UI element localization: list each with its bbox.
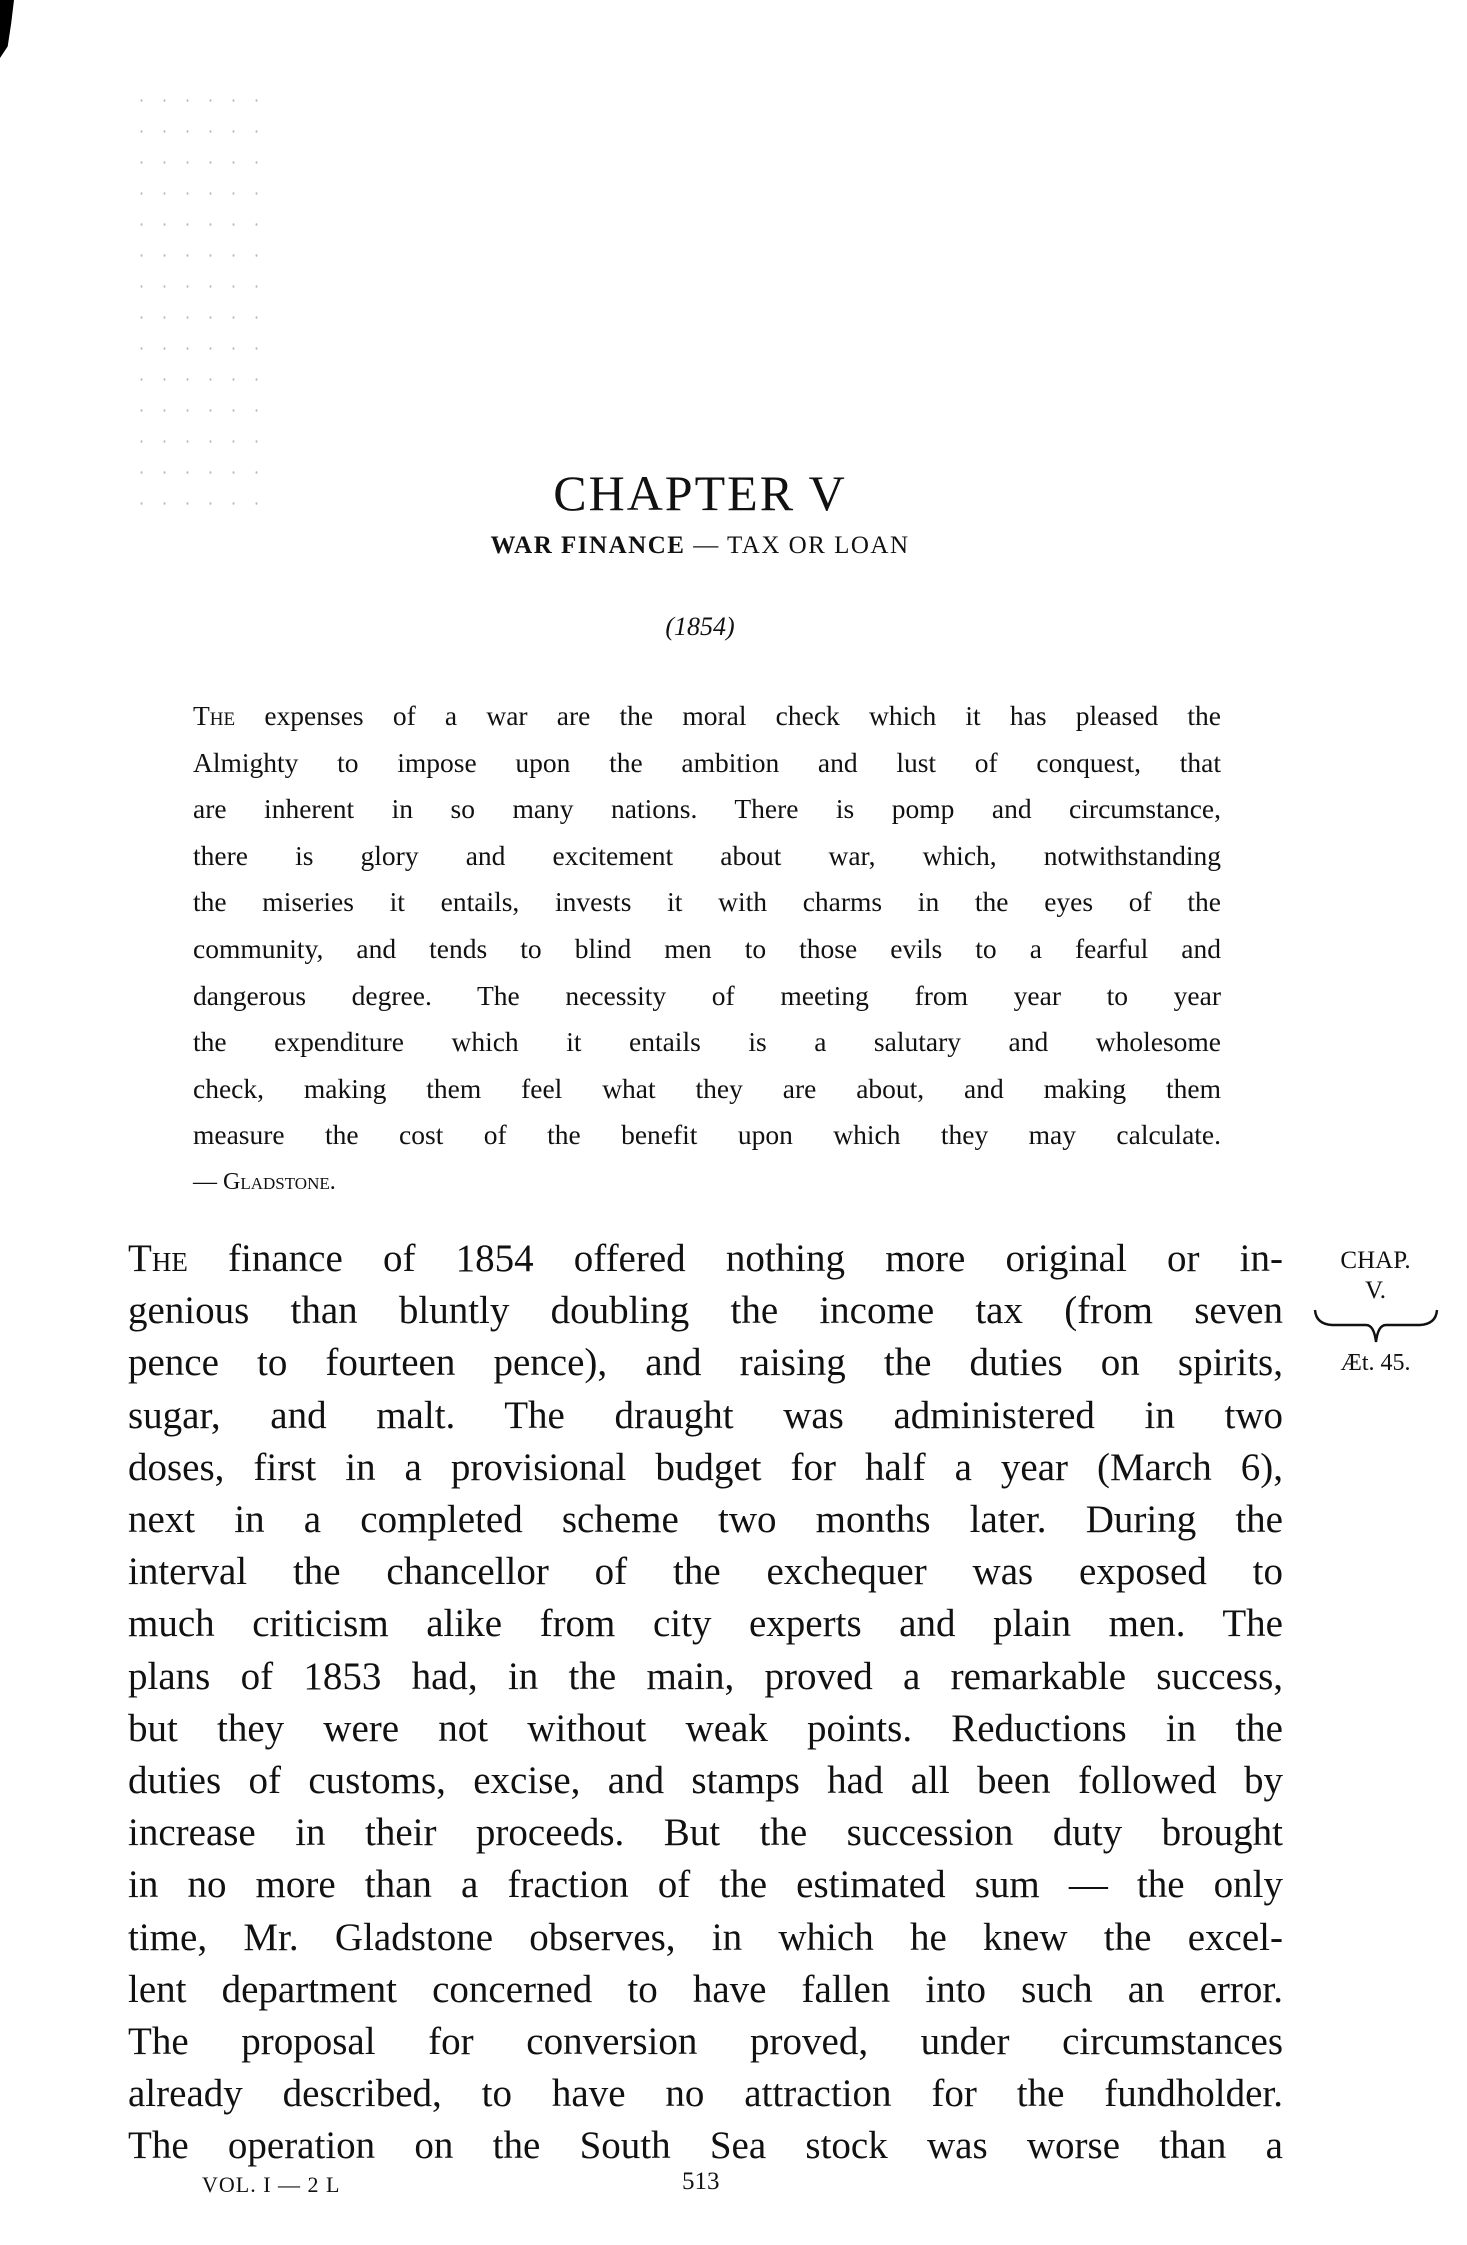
body-line: next in a completed scheme two months la… <box>128 1494 1283 1546</box>
scan-edge-artifact <box>0 0 14 58</box>
body-line: plans of 1853 had, in the main, proved a… <box>128 1651 1283 1703</box>
epigraph-line: are inherent in so many nations. There i… <box>193 786 1221 833</box>
body-line: The finance of 1854 offered nothing more… <box>128 1233 1283 1285</box>
subtitle-part2-text: TAX OR LOAN <box>727 532 910 559</box>
body-lead-word: The <box>128 1237 188 1280</box>
epigraph-quote: The expenses of a war are the moral chec… <box>193 693 1221 1206</box>
body-line: in no more than a fraction of the estima… <box>128 1859 1283 1911</box>
epigraph-line: community, and tends to blind men to tho… <box>193 926 1221 973</box>
page-number: 513 <box>682 2168 720 2196</box>
body-line: increase in their proceeds. But the succ… <box>128 1807 1283 1859</box>
body-line: interval the chancellor of the exchequer… <box>128 1546 1283 1598</box>
scan-noise-artifact <box>130 85 270 505</box>
margin-chap-number: V. <box>1303 1276 1448 1306</box>
body-line: sugar, and malt. The draught was adminis… <box>128 1390 1283 1442</box>
epigraph-line-text: expenses of a war are the moral check wh… <box>235 700 1221 731</box>
margin-note: CHAP. V. Æt. 45. <box>1303 1246 1448 1378</box>
body-line: The operation on the South Sea stock was… <box>128 2120 1283 2172</box>
epigraph-line: dangerous degree. The necessity of meeti… <box>193 973 1221 1020</box>
body-paragraph: The finance of 1854 offered nothing more… <box>128 1233 1283 2173</box>
chapter-title: CHAPTER V <box>0 464 1400 522</box>
epigraph-line: there is glory and excitement about war,… <box>193 833 1221 880</box>
body-line: doses, first in a provisional budget for… <box>128 1442 1283 1494</box>
subtitle-dash: — <box>685 532 727 559</box>
epigraph-line: measure the cost of the benefit upon whi… <box>193 1112 1221 1159</box>
body-line: time, Mr. Gladstone observes, in which h… <box>128 1912 1283 1964</box>
epigraph-line: the miseries it entails, invests it with… <box>193 879 1221 926</box>
subtitle-part-tax-or-loan: TAX OR LOAN <box>727 532 910 559</box>
body-line: duties of customs, excise, and stamps ha… <box>128 1755 1283 1807</box>
chapter-year: (1854) <box>0 612 1400 642</box>
body-line: The proposal for conversion proved, unde… <box>128 2016 1283 2068</box>
body-line: genious than bluntly doubling the income… <box>128 1285 1283 1337</box>
subtitle-part-war-finance: WAR FINANCE <box>490 532 685 559</box>
margin-age-label: Æt. 45. <box>1303 1348 1448 1378</box>
body-line: but they were not without weak points. R… <box>128 1703 1283 1755</box>
epigraph-lead-word: The <box>193 700 235 731</box>
body-line-text: finance of 1854 offered nothing more ori… <box>188 1237 1283 1280</box>
epigraph-line: Almighty to impose upon the ambition and… <box>193 740 1221 787</box>
epigraph-line: The expenses of a war are the moral chec… <box>193 693 1221 740</box>
body-line: much criticism alike from city experts a… <box>128 1598 1283 1650</box>
chapter-subtitle: WAR FINANCE — TAX OR LOAN <box>0 532 1400 560</box>
footer-signature: VOL. I — 2 L <box>202 2172 340 2198</box>
body-line: already described, to have no attraction… <box>128 2068 1283 2120</box>
epigraph-line: the expenditure which it entails is a sa… <box>193 1019 1221 1066</box>
curly-brace-icon <box>1312 1308 1440 1344</box>
body-line: pence to fourteen pence), and raising th… <box>128 1337 1283 1389</box>
epigraph-attribution: — Gladstone. <box>193 1159 1221 1206</box>
document-page: CHAPTER V WAR FINANCE — TAX OR LOAN (185… <box>0 0 1467 2245</box>
epigraph-line: check, making them feel what they are ab… <box>193 1066 1221 1113</box>
margin-chap-label: CHAP. <box>1303 1246 1448 1276</box>
body-line: lent department concerned to have fallen… <box>128 1964 1283 2016</box>
